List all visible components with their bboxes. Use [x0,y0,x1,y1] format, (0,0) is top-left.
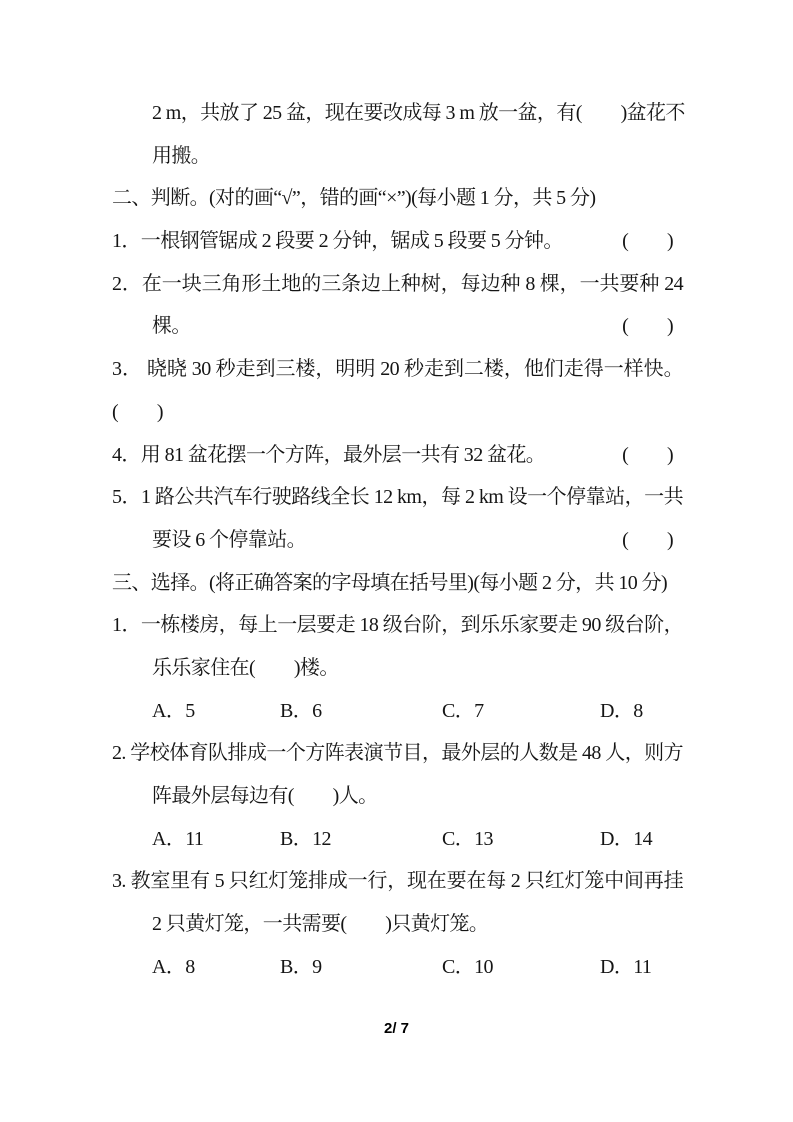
choice-item-2-option-b: B．12 [280,818,442,861]
judge-item-3-line1: 3． 晓晓 30 秒走到三楼，明明 20 秒走到二楼，他们走得一样快。 [112,348,683,391]
choice-item-3-option-d: D．11 [600,946,651,989]
judge-item-2-answer-paren: ( ) [622,305,673,348]
choice-section-heading: 三、选择。(将正确答案的字母填在括号里)(每小题 2 分，共 10 分) [112,562,683,605]
choice-item-2-option-c: C．13 [442,818,600,861]
judge-item-2-line2: 棵。 ( ) [112,305,683,348]
judge-item-1: 1．一根钢管锯成 2 段要 2 分钟，锯成 5 段要 5 分钟。 ( ) [112,220,683,263]
judge-item-2-line1: 2．在一块三角形土地的三条边上种树，每边种 8 棵，一共要种 24 [112,263,683,306]
choice-item-2-options-row: A．11 B．12 C．13 D．14 [112,818,683,861]
choice-item-1-options-row: A．5 B．6 C．7 D．8 [112,690,683,733]
judge-item-4-text: 4．用 81 盆花摆一个方阵，最外层一共有 32 盆花。 [112,434,545,477]
fill-question-tail-line2: 用搬。 [112,135,683,178]
choice-item-3-option-c: C．10 [442,946,600,989]
judge-section-heading: 二、判断。(对的画“√”，错的画“×”)(每小题 1 分，共 5 分) [112,177,683,220]
choice-item-2-option-a: A．11 [152,818,280,861]
choice-item-3-option-b: B．9 [280,946,442,989]
choice-item-1-line1: 1．一栋楼房，每上一层要走 18 级台阶，到乐乐家要走 90 级台阶， [112,604,683,647]
choice-item-1-line2: 乐乐家住在( )楼。 [112,647,683,690]
judge-item-1-answer-paren: ( ) [622,220,673,263]
judge-item-2-text: 棵。 [152,305,191,348]
judge-item-3-answer-paren: ( ) [112,401,163,423]
judge-item-5-answer-paren: ( ) [622,519,673,562]
choice-item-3-option-a: A．8 [152,946,280,989]
choice-item-1-option-c: C．7 [442,690,600,733]
judge-item-4-answer-paren: ( ) [622,434,673,477]
choice-item-3-line1: 3. 教室里有 5 只红灯笼排成一行，现在要在每 2 只红灯笼中间再挂 [112,860,683,903]
worksheet-body: 2 m，共放了 25 盆，现在要改成每 3 m 放一盆，有( )盆花不 用搬。 … [112,92,683,988]
page-number: 2/ 7 [0,1020,793,1037]
judge-item-4: 4．用 81 盆花摆一个方阵，最外层一共有 32 盆花。 ( ) [112,434,683,477]
choice-item-2-line1: 2. 学校体育队排成一个方阵表演节目，最外层的人数是 48 人，则方 [112,732,683,775]
judge-item-5-line1: 5．1 路公共汽车行驶路线全长 12 km，每 2 km 设一个停靠站，一共 [112,476,683,519]
choice-item-3-options-row: A．8 B．9 C．10 D．11 [112,946,683,989]
choice-item-2-option-d: D．14 [600,818,652,861]
choice-item-2-line2: 阵最外层每边有( )人。 [112,775,683,818]
choice-item-1-option-a: A．5 [152,690,280,733]
fill-question-tail-line1: 2 m，共放了 25 盆，现在要改成每 3 m 放一盆，有( )盆花不 [112,92,683,135]
judge-item-5-line2: 要设 6 个停靠站。 ( ) [112,519,683,562]
choice-item-1-option-b: B．6 [280,690,442,733]
judge-item-1-text: 1．一根钢管锯成 2 段要 2 分钟，锯成 5 段要 5 分钟。 [112,220,563,263]
choice-item-3-line2: 2 只黄灯笼，一共需要( )只黄灯笼。 [112,903,683,946]
choice-item-1-option-d: D．8 [600,690,643,733]
judge-item-3-answer-paren-line: ( ) [112,391,683,434]
judge-item-5-text: 要设 6 个停靠站。 [152,519,306,562]
